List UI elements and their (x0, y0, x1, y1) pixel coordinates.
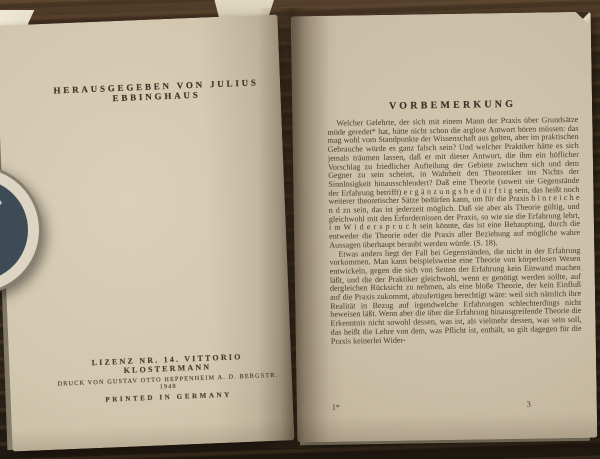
imprint-block: LIZENZ NR. 14. VITTORIO KLOSTERMANN DRUC… (51, 351, 285, 406)
paragraph: Etwas anders liegt der Fall bei Gegenstä… (329, 246, 581, 346)
paragraph: Welcher Gelehrte, der sich mit einem Man… (327, 116, 580, 250)
left-page: HERAUSGEGEBEN VON JULIUS EBBINGHAUS LIZE… (0, 15, 294, 452)
signature-mark: 1* (332, 403, 340, 412)
lightning-badge-icon (0, 163, 44, 297)
right-page: VORBEMERKUNG Welcher Gelehrte, der sich … (291, 12, 598, 443)
chapter-heading: VORBEMERKUNG (292, 98, 592, 114)
page-footer: 1* 3 (332, 398, 583, 412)
body-text: Welcher Gelehrte, der sich mit einem Man… (292, 116, 596, 347)
page-number: 3 (526, 399, 530, 409)
editor-line: HERAUSGEGEBEN VON JULIUS EBBINGHAUS (0, 76, 281, 107)
book-photo-scene: HERAUSGEGEBEN VON JULIUS EBBINGHAUS LIZE… (0, 0, 600, 459)
